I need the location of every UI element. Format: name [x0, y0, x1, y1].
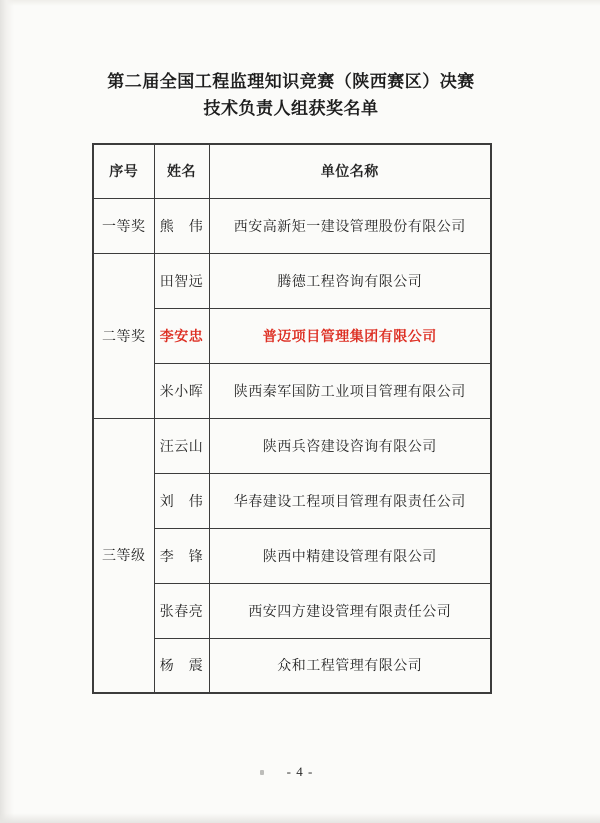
page-content: 第二届全国工程监理知识竞赛（陕西赛区）决赛 技术负责人组获奖名单 序号 姓名 单… [92, 0, 490, 694]
rank-cell: 一等奖 [93, 198, 154, 253]
name-cell: 张春亮 [154, 583, 209, 638]
document-page: 第二届全国工程监理知识竞赛（陕西赛区）决赛 技术负责人组获奖名单 序号 姓名 单… [0, 0, 600, 823]
page-edge-bottom [0, 813, 600, 823]
rank-cell: 三等级 [93, 418, 154, 693]
title-line-2: 技术负责人组获奖名单 [92, 95, 490, 122]
company-cell: 陕西中精建设管理有限公司 [209, 528, 491, 583]
company-cell: 普迈项目管理集团有限公司 [209, 308, 491, 363]
name-cell: 汪云山 [154, 418, 209, 473]
document-title: 第二届全国工程监理知识竞赛（陕西赛区）决赛 技术负责人组获奖名单 [92, 0, 490, 122]
company-cell: 众和工程管理有限公司 [209, 638, 491, 693]
name-cell: 刘 伟 [154, 473, 209, 528]
company-cell: 西安高新矩一建设管理股份有限公司 [209, 198, 491, 253]
rank-cell: 二等奖 [93, 253, 154, 418]
page-footer: - 4 - [0, 764, 600, 780]
header-name: 姓名 [154, 144, 209, 198]
table-header-row: 序号 姓名 单位名称 [93, 144, 491, 198]
company-cell: 腾德工程咨询有限公司 [209, 253, 491, 308]
table-row: 一等奖熊 伟西安高新矩一建设管理股份有限公司 [93, 198, 491, 253]
company-cell: 西安四方建设管理有限责任公司 [209, 583, 491, 638]
name-cell: 米小晖 [154, 363, 209, 418]
name-cell: 杨 震 [154, 638, 209, 693]
company-cell: 华春建设工程项目管理有限责任公司 [209, 473, 491, 528]
name-cell: 田智远 [154, 253, 209, 308]
table-row: 二等奖田智远腾德工程咨询有限公司 [93, 253, 491, 308]
header-rank: 序号 [93, 144, 154, 198]
name-cell: 熊 伟 [154, 198, 209, 253]
page-edge-left [0, 0, 14, 823]
header-company: 单位名称 [209, 144, 491, 198]
name-cell: 李 锋 [154, 528, 209, 583]
name-cell: 李安忠 [154, 308, 209, 363]
title-line-1: 第二届全国工程监理知识竞赛（陕西赛区）决赛 [92, 68, 490, 95]
company-cell: 陕西兵咨建设咨询有限公司 [209, 418, 491, 473]
table-row: 三等级汪云山陕西兵咨建设咨询有限公司 [93, 418, 491, 473]
company-cell: 陕西秦军国防工业项目管理有限公司 [209, 363, 491, 418]
awards-table: 序号 姓名 单位名称 一等奖熊 伟西安高新矩一建设管理股份有限公司二等奖田智远腾… [92, 143, 492, 694]
